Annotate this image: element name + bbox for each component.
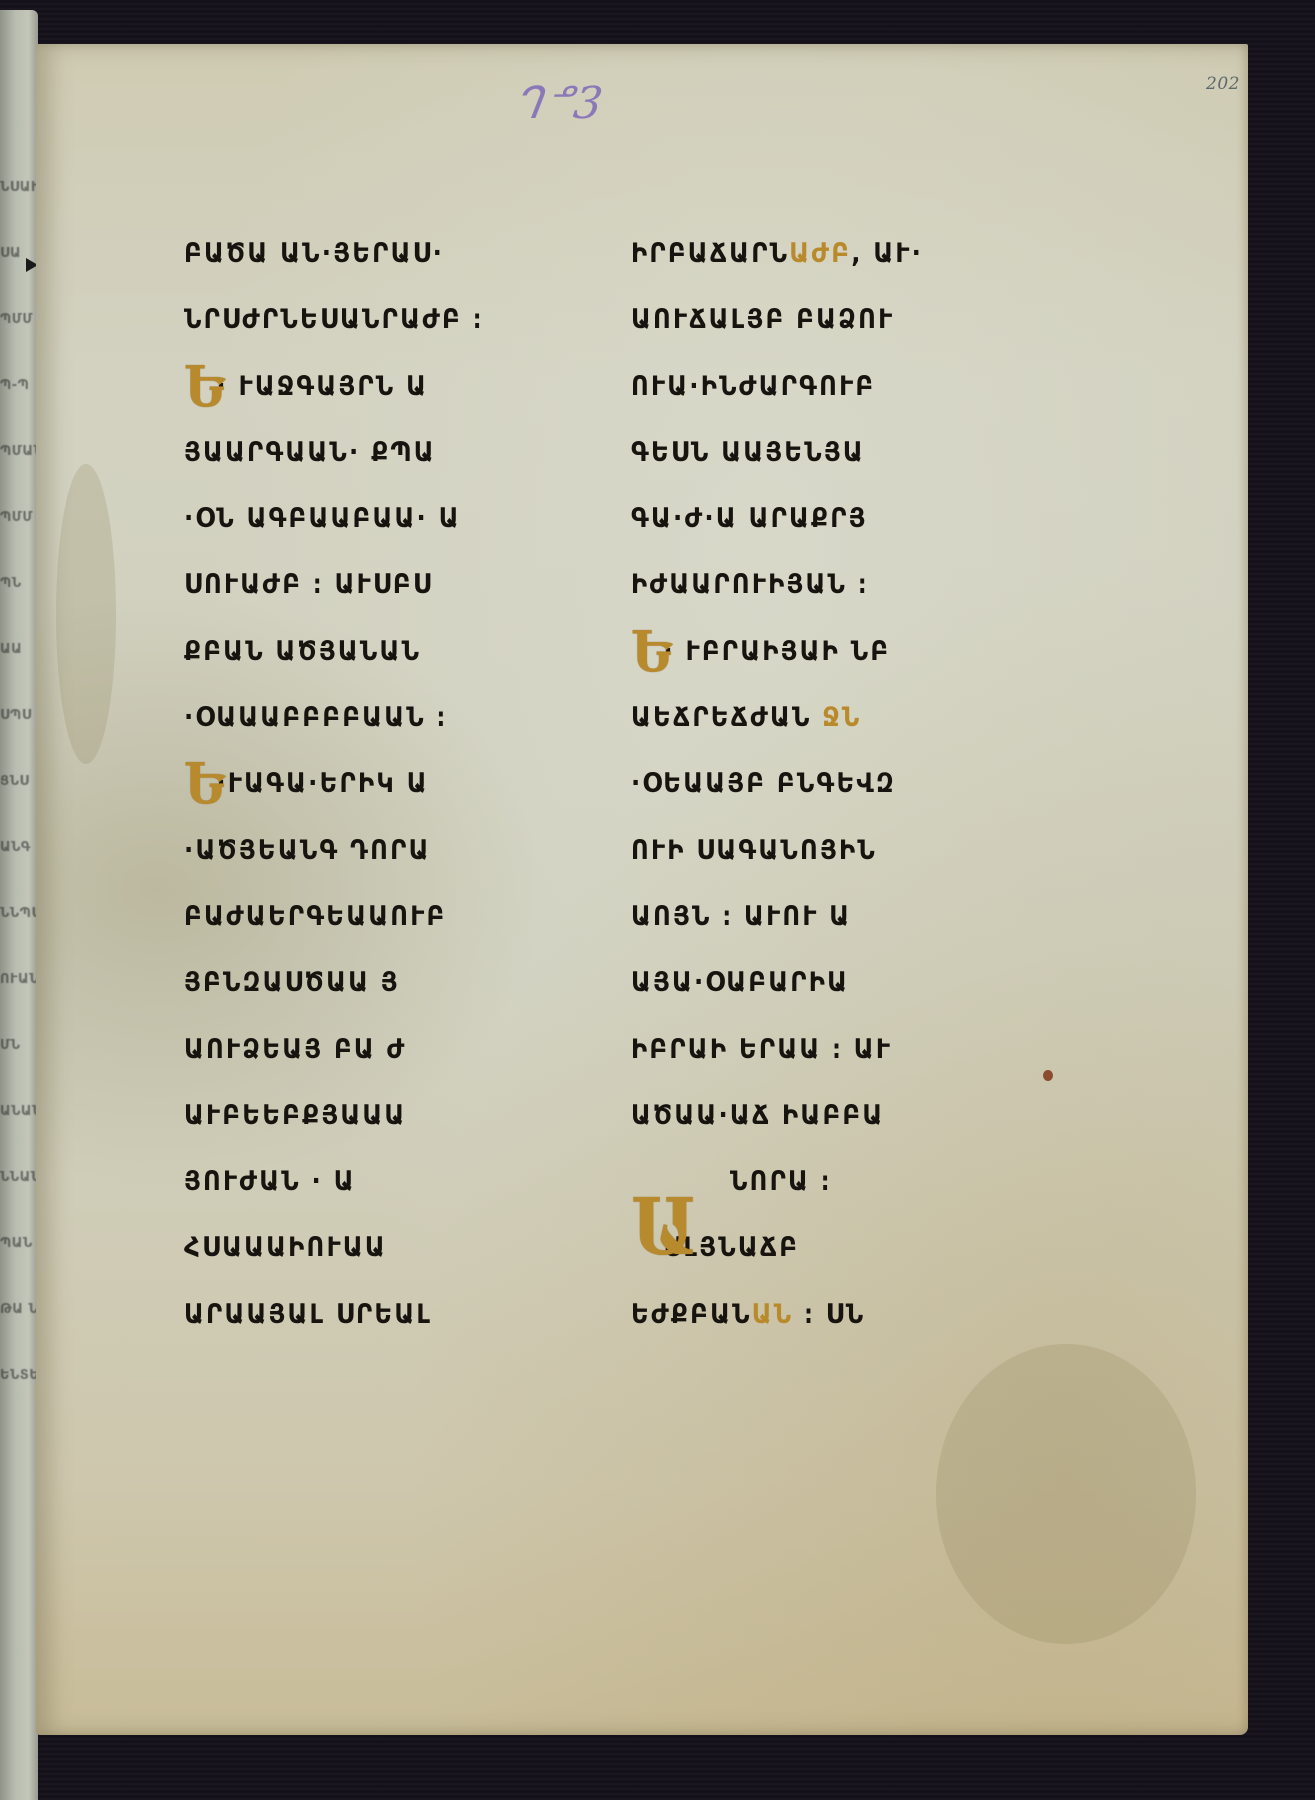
line-text: ·ՒԱԳԱ·ԵՐԻԿ Ա [216,768,428,799]
manuscript-line: ԲԱԺԱԵՐԳԵԱԱՈՒԲ [184,897,544,963]
text-column-left: ԲԱԾԱ ԱՆ·ՅԵՐԱՍ·ՆՐՍԺՐՆԵՍԱՆՐԱԺԲ ։Ե · ՒԱՋԳԱՅ… [184,234,584,1361]
line-text: ԵԺՔԲԱՆԱՆ ։ ՍՆ [631,1299,865,1330]
line-text: ԱՒԲԵԵԲՔՅԱԱԱ [184,1100,406,1131]
manuscript-line: ՅԱԱՐԳԱԱՆ· ՔՊԱ [184,433,544,499]
manuscript-line: ԱՒԲԵԵԲՔՅԱԱԱ [184,1096,544,1162]
ghost-text-line: ՆՆՊՍ [0,906,38,922]
manuscript-line: Ե · ՒԱՋԳԱՅՐՆ Ա [184,367,544,433]
manuscript-line: ·ԱԾՅԵԱՆԳ ԴՈՐԱ [184,831,544,897]
old-folio-number: ᒉᓒ3 [510,78,608,129]
ghost-text-line: ՄՆ [0,1038,38,1054]
manuscript-line: ԱՈՒՁԵԱՅ ԲԱ Ժ [184,1030,544,1096]
ghost-text-line: ԱՆԳ [0,840,38,856]
folio-number: 202 [1206,74,1240,94]
line-text: ՆՈՐԱ ։ [730,1166,832,1197]
line-text: ԱՈՒՁԵԱՅ ԲԱ Ժ [184,1034,407,1065]
ghost-text-line: ԱՆԱՆ [0,1104,38,1120]
line-text: ԱԵՃՐԵՃԺԱՆ ՋՆ [631,702,862,733]
line-text: ՅԱԱՐԳԱԱՆ· ՔՊԱ [184,437,436,468]
manuscript-line: ՍՈՒԱԺԲ ։ ԱՒՍԲՍ [184,565,544,631]
line-text: ·ՕԱԱԱԲԲԲԲԱԱՆ ։ [184,702,448,733]
line-text: ·ՕԵԱԱՅԲ ԲՆԳԵՎԶ [631,768,896,799]
line-text: ՔԲԱՆ ԱԾՅԱՆԱՆ [184,636,421,667]
manuscript-line: ԱԵՃՐԵՃԺԱՆ ՋՆ [631,698,1000,764]
manuscript-line: ԳԱ·Ժ·Ա ԱՐԱՔՐՅ [631,499,1000,565]
ghost-text-line: ՈՒԱՆ [0,972,38,988]
line-text: ԲԱԺԱԵՐԳԵԱԱՈՒԲ [184,901,447,932]
line-text: ·ԱԾՅԵԱՆԳ ԴՈՐԱ [184,835,431,866]
manuscript-line: Ե · ՒԲՐԱԻՅԱԻ ՆԲ [631,632,1000,698]
ghost-text-line: ԵՆՏԵՆ [0,1368,38,1384]
manuscript-folio: 202 ᒉᓒ3 ԲԱԾԱ ԱՆ·ՅԵՐԱՍ·ՆՐՍԺՐՆԵՍԱՆՐԱԺԲ ։Ե … [36,44,1248,1735]
manuscript-line: ՈՒԻ ՍԱԳԱՆՈՅԻՆ [631,831,1000,897]
line-text: ԱՈՅՆ ։ ԱՒՈՒ Ա [631,901,851,932]
manuscript-line: ԱԾԱԱ·ԱՃ ԻԱԲԲԱ [631,1096,1000,1162]
gilded-letters: ԱԺԲ [789,238,851,269]
water-stain [936,1344,1196,1644]
gold-initial: Ե [184,359,228,415]
line-text: ՅՈՒԺԱՆ · Ա [184,1166,356,1197]
manuscript-line: ՅԲՆԶԱՍԾԱԱ Յ [184,963,544,1029]
gold-initial: Ա [631,1200,699,1256]
manuscript-line: ԱՐԱԱՅԱԼ ՍՐԵԱԼ [184,1295,544,1361]
gold-initial: Ե [184,756,228,812]
ghost-text-line: ՊԱՆ [0,1236,38,1252]
line-text: ՆՐՍԺՐՆԵՍԱՆՐԱԺԲ ։ [184,304,484,335]
gilded-letters: ԱՆ [752,1299,794,1330]
line-text: ·ՕՆ ԱԳԲԱԱԲԱԱ· Ա [184,503,461,534]
manuscript-line: ·ՕԱԱԱԲԲԲԲԱԱՆ ։ [184,698,544,764]
ghost-text-line: Պ-Պ [0,378,38,394]
line-text: ԳԱ·Ժ·Ա ԱՐԱՔՐՅ [631,503,868,534]
line-text: ԲԱԾԱ ԱՆ·ՅԵՐԱՍ· [184,238,444,269]
ghost-text-line: ԹԱ ՆԵՏ [0,1302,38,1318]
manuscript-line: ՔԲԱՆ ԱԾՅԱՆԱՆ [184,632,544,698]
line-text: ՀՍԱԱԱԻՈՒԱԱ [184,1232,387,1263]
line-text: ԱԾԱԱ·ԱՃ ԻԱԲԲԱ [631,1100,884,1131]
ghost-text-line: ՆՍԱԻ [0,180,38,196]
manuscript-line: ԱՅԱ·ՕԱԲԱՐԻԱ [631,963,1000,1029]
line-text: ԻՐԲԱՃԱՐՆԱԺԲ, ԱՒ· [631,238,923,269]
manuscript-line: ԻԲՐԱԻ ԵՐԱԱ ։ ԱՒ [631,1030,1000,1096]
ghost-text-line: ԱԱ [0,642,38,658]
manuscript-line: ՈՒԱ·ԻՆԺԱՐԳՈՒԲ [631,367,1000,433]
line-text: ԱՐԱԱՅԱԼ ՍՐԵԱԼ [184,1299,432,1330]
previous-page-edge: ՆՍԱԻՍԱՊՄՄՊ-ՊՊՄԱՆՊՄՄՊՆԱԱՍՊՍՑՆՍԱՆԳՆՆՊՍՈՒԱՆ… [0,10,38,1800]
manuscript-line: ԵԺՔԲԱՆԱՆ ։ ՍՆ [631,1295,1000,1361]
manuscript-line: Ե ·ՒԱԳԱ·ԵՐԻԿ Ա [184,764,544,830]
gold-initial: Ե [631,624,675,680]
ghost-text-line: ՍՊՍ [0,708,38,724]
line-text: · ՒԲՐԱԻՅԱԻ ՆԲ [663,636,890,667]
line-text: ՅԲՆԶԱՍԾԱԱ Յ [184,967,400,998]
ghost-text-line: ՊՄԱՆ [0,444,38,460]
line-text: ԳԵՍՆ ԱԱՅԵՆՅԱ [631,437,865,468]
line-text: ՍՈՒԱԺԲ ։ ԱՒՍԲՍ [184,569,433,600]
gilded-letters: ՋՆ [822,702,861,733]
ghost-text-line: ՑՆՍ [0,774,38,790]
line-text: ԱՈՒՃԱԼՅԲ ԲԱՁՈՒ [631,304,894,335]
manuscript-line: ՆՐՍԺՐՆԵՍԱՆՐԱԺԲ ։ [184,300,544,366]
water-stain [56,464,116,764]
text-column-right: ԻՐԲԱՃԱՐՆԱԺԲ, ԱՒ·ԱՈՒՃԱԼՅԲ ԲԱՁՈՒՈՒԱ·ԻՆԺԱՐԳ… [631,234,1041,1361]
manuscript-line: ·ՕԵԱԱՅԲ ԲՆԳԵՎԶ [631,764,1000,830]
ghost-text-line: ՆՆԱՆ [0,1170,38,1186]
manuscript-line: ԱՈՒՃԱԼՅԲ ԲԱՁՈՒ [631,300,1000,366]
line-text: ՈՒԻ ՍԱԳԱՆՈՅԻՆ [631,835,877,866]
line-text: ԱՅԱ·ՕԱԲԱՐԻԱ [631,967,849,998]
manuscript-line: ·ՕՆ ԱԳԲԱԱԲԱԱ· Ա [184,499,544,565]
line-text: · ՒԱՋԳԱՅՐՆ Ա [216,371,428,402]
line-text: ԻԲՐԱԻ ԵՐԱԱ ։ ԱՒ [631,1034,892,1065]
manuscript-line: ԲԱԾԱ ԱՆ·ՅԵՐԱՍ· [184,234,544,300]
ghost-text-line: ՊՄՄ [0,312,38,328]
manuscript-line: ԻԺԱԱՐՈՒԻՅԱՆ ։ [631,565,1000,631]
manuscript-line: ՀՍԱԱԱԻՈՒԱԱ [184,1228,544,1294]
manuscript-line: ԻՐԲԱՃԱՐՆԱԺԲ, ԱՒ· [631,234,1000,300]
line-text: ԻԺԱԱՐՈՒԻՅԱՆ ։ [631,569,869,600]
line-text: ՈՒԱ·ԻՆԺԱՐԳՈՒԲ [631,371,875,402]
red-ink-spot [1043,1070,1053,1081]
ghost-text-line: ՊՄՄ [0,510,38,526]
manuscript-line: ԱՈՅՆ ։ ԱՒՈՒ Ա [631,897,1000,963]
manuscript-line: ԳԵՍՆ ԱԱՅԵՆՅԱ [631,433,1000,499]
ghost-text-line: ՊՆ [0,576,38,592]
manuscript-line: ՅՈՒԺԱՆ · Ա [184,1162,544,1228]
manuscript-line: ԱՍԼՅՆԱՃԲ [631,1228,1000,1294]
